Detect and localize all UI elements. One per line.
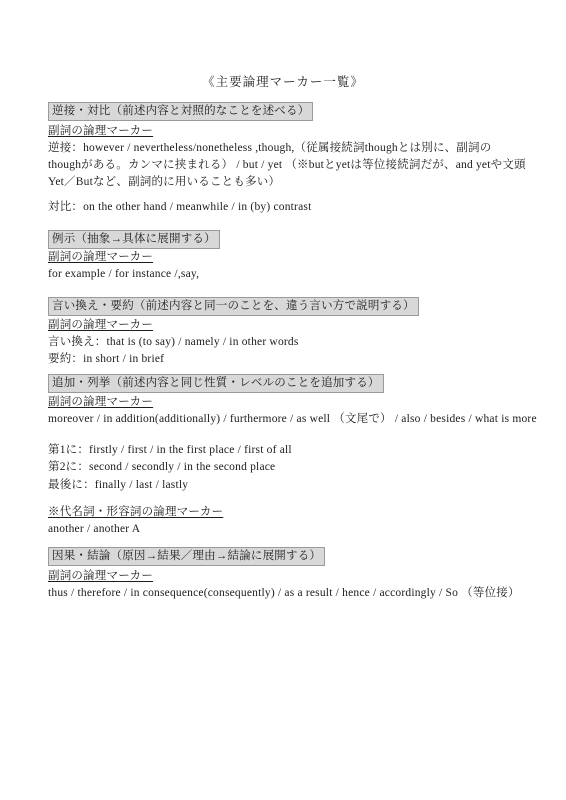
contrast-paragraph-line-1: 逆接：however / nevertheless/nonetheless ,t… — [48, 140, 491, 156]
contrast-paragraph-line-2: thoughがある。カンマに挟まれる） / but / yet （※butとye… — [48, 157, 526, 173]
document-page: 《主要論理マーカー一覧》 逆接・対比（前述内容と対照的なことを述べる） 副詞の論… — [0, 0, 566, 800]
firstly-markers-line: 第1に：firstly / first / in the first place… — [48, 442, 292, 458]
contrast-markers-line: 対比：on the other hand / meanwhile / in (b… — [48, 199, 311, 215]
section-cause: 因果・結論（原因→結果／理由→結論に展開する） — [48, 547, 325, 566]
section-paraphrase-header: 言い換え・要約（前述内容と同一のことを、違う言い方で説明する） — [48, 297, 419, 316]
section-contrast-subheading: 副詞の論理マーカー — [48, 123, 153, 139]
lastly-markers-line: 最後に：finally / last / lastly — [48, 477, 188, 493]
pronoun-adjective-subheading: ※代名詞・形容詞の論理マーカー — [48, 504, 223, 520]
pronoun-markers-line: another / another A — [48, 521, 140, 537]
section-example: 例示（抽象→具体に展開する） — [48, 230, 220, 249]
summary-markers-line: 要約：in short / in brief — [48, 351, 164, 367]
addition-markers-line: moreover / in addition(additionally) / f… — [48, 411, 537, 427]
cause-markers-line: thus / therefore / in consequence(conseq… — [48, 585, 520, 601]
section-example-header: 例示（抽象→具体に展開する） — [48, 230, 220, 249]
paraphrase-markers-line: 言い換え：that is (to say) / namely / in othe… — [48, 334, 299, 350]
section-example-subheading: 副詞の論理マーカー — [48, 249, 153, 265]
document-title: 《主要論理マーカー一覧》 — [0, 72, 566, 90]
contrast-paragraph-line-3: Yet／Butなど、副詞的に用いることも多い） — [48, 174, 280, 190]
section-addition: 追加・列挙（前述内容と同じ性質・レベルのことを追加する） — [48, 374, 384, 393]
section-cause-header: 因果・結論（原因→結果／理由→結論に展開する） — [48, 547, 325, 566]
example-markers-line: for example / for instance /,say, — [48, 266, 199, 282]
section-contrast-header: 逆接・対比（前述内容と対照的なことを述べる） — [48, 102, 313, 121]
section-addition-subheading: 副詞の論理マーカー — [48, 394, 153, 410]
section-contrast: 逆接・対比（前述内容と対照的なことを述べる） — [48, 102, 313, 121]
section-paraphrase: 言い換え・要約（前述内容と同一のことを、違う言い方で説明する） — [48, 297, 419, 316]
section-cause-subheading: 副詞の論理マーカー — [48, 568, 153, 584]
section-addition-header: 追加・列挙（前述内容と同じ性質・レベルのことを追加する） — [48, 374, 384, 393]
secondly-markers-line: 第2に：second / secondly / in the second pl… — [48, 459, 275, 475]
section-paraphrase-subheading: 副詞の論理マーカー — [48, 317, 153, 333]
